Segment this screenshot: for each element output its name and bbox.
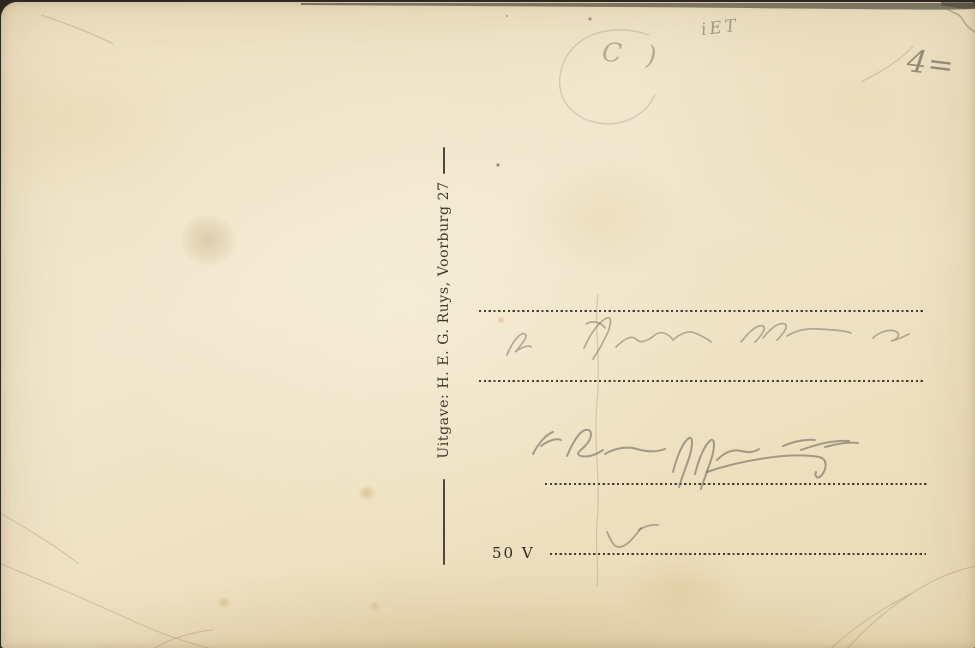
edge-wear: [301, 2, 975, 33]
handwriting-and-wear-overlay: [1, 2, 975, 648]
pencil-handwriting-line-2: [533, 430, 858, 489]
address-line-3: [545, 483, 927, 485]
divider-bottom-dash: [443, 479, 445, 565]
pencil-circled-mark: C ): [601, 38, 665, 72]
pencil-handwriting-line-3: [607, 525, 658, 547]
postcard-paper: Uitgave: H. E. G. Ruys, Voorburg 27 50 V…: [1, 2, 975, 648]
address-line-1: [479, 310, 925, 312]
pencil-note-top: iET: [700, 16, 740, 41]
scanned-postcard-back: { "window": { "width": 975, "height": 64…: [0, 0, 975, 648]
publisher-imprint-text: Uitgave: H. E. G. Ruys, Voorburg 27: [436, 181, 452, 458]
pencil-price-mark: 4=: [905, 43, 957, 85]
series-number: 50 V: [492, 544, 535, 562]
address-line-4: [550, 553, 926, 555]
address-line-2: [479, 380, 925, 382]
divider-top-dash: [443, 147, 445, 174]
pencil-handwriting-line-1: [507, 318, 909, 359]
